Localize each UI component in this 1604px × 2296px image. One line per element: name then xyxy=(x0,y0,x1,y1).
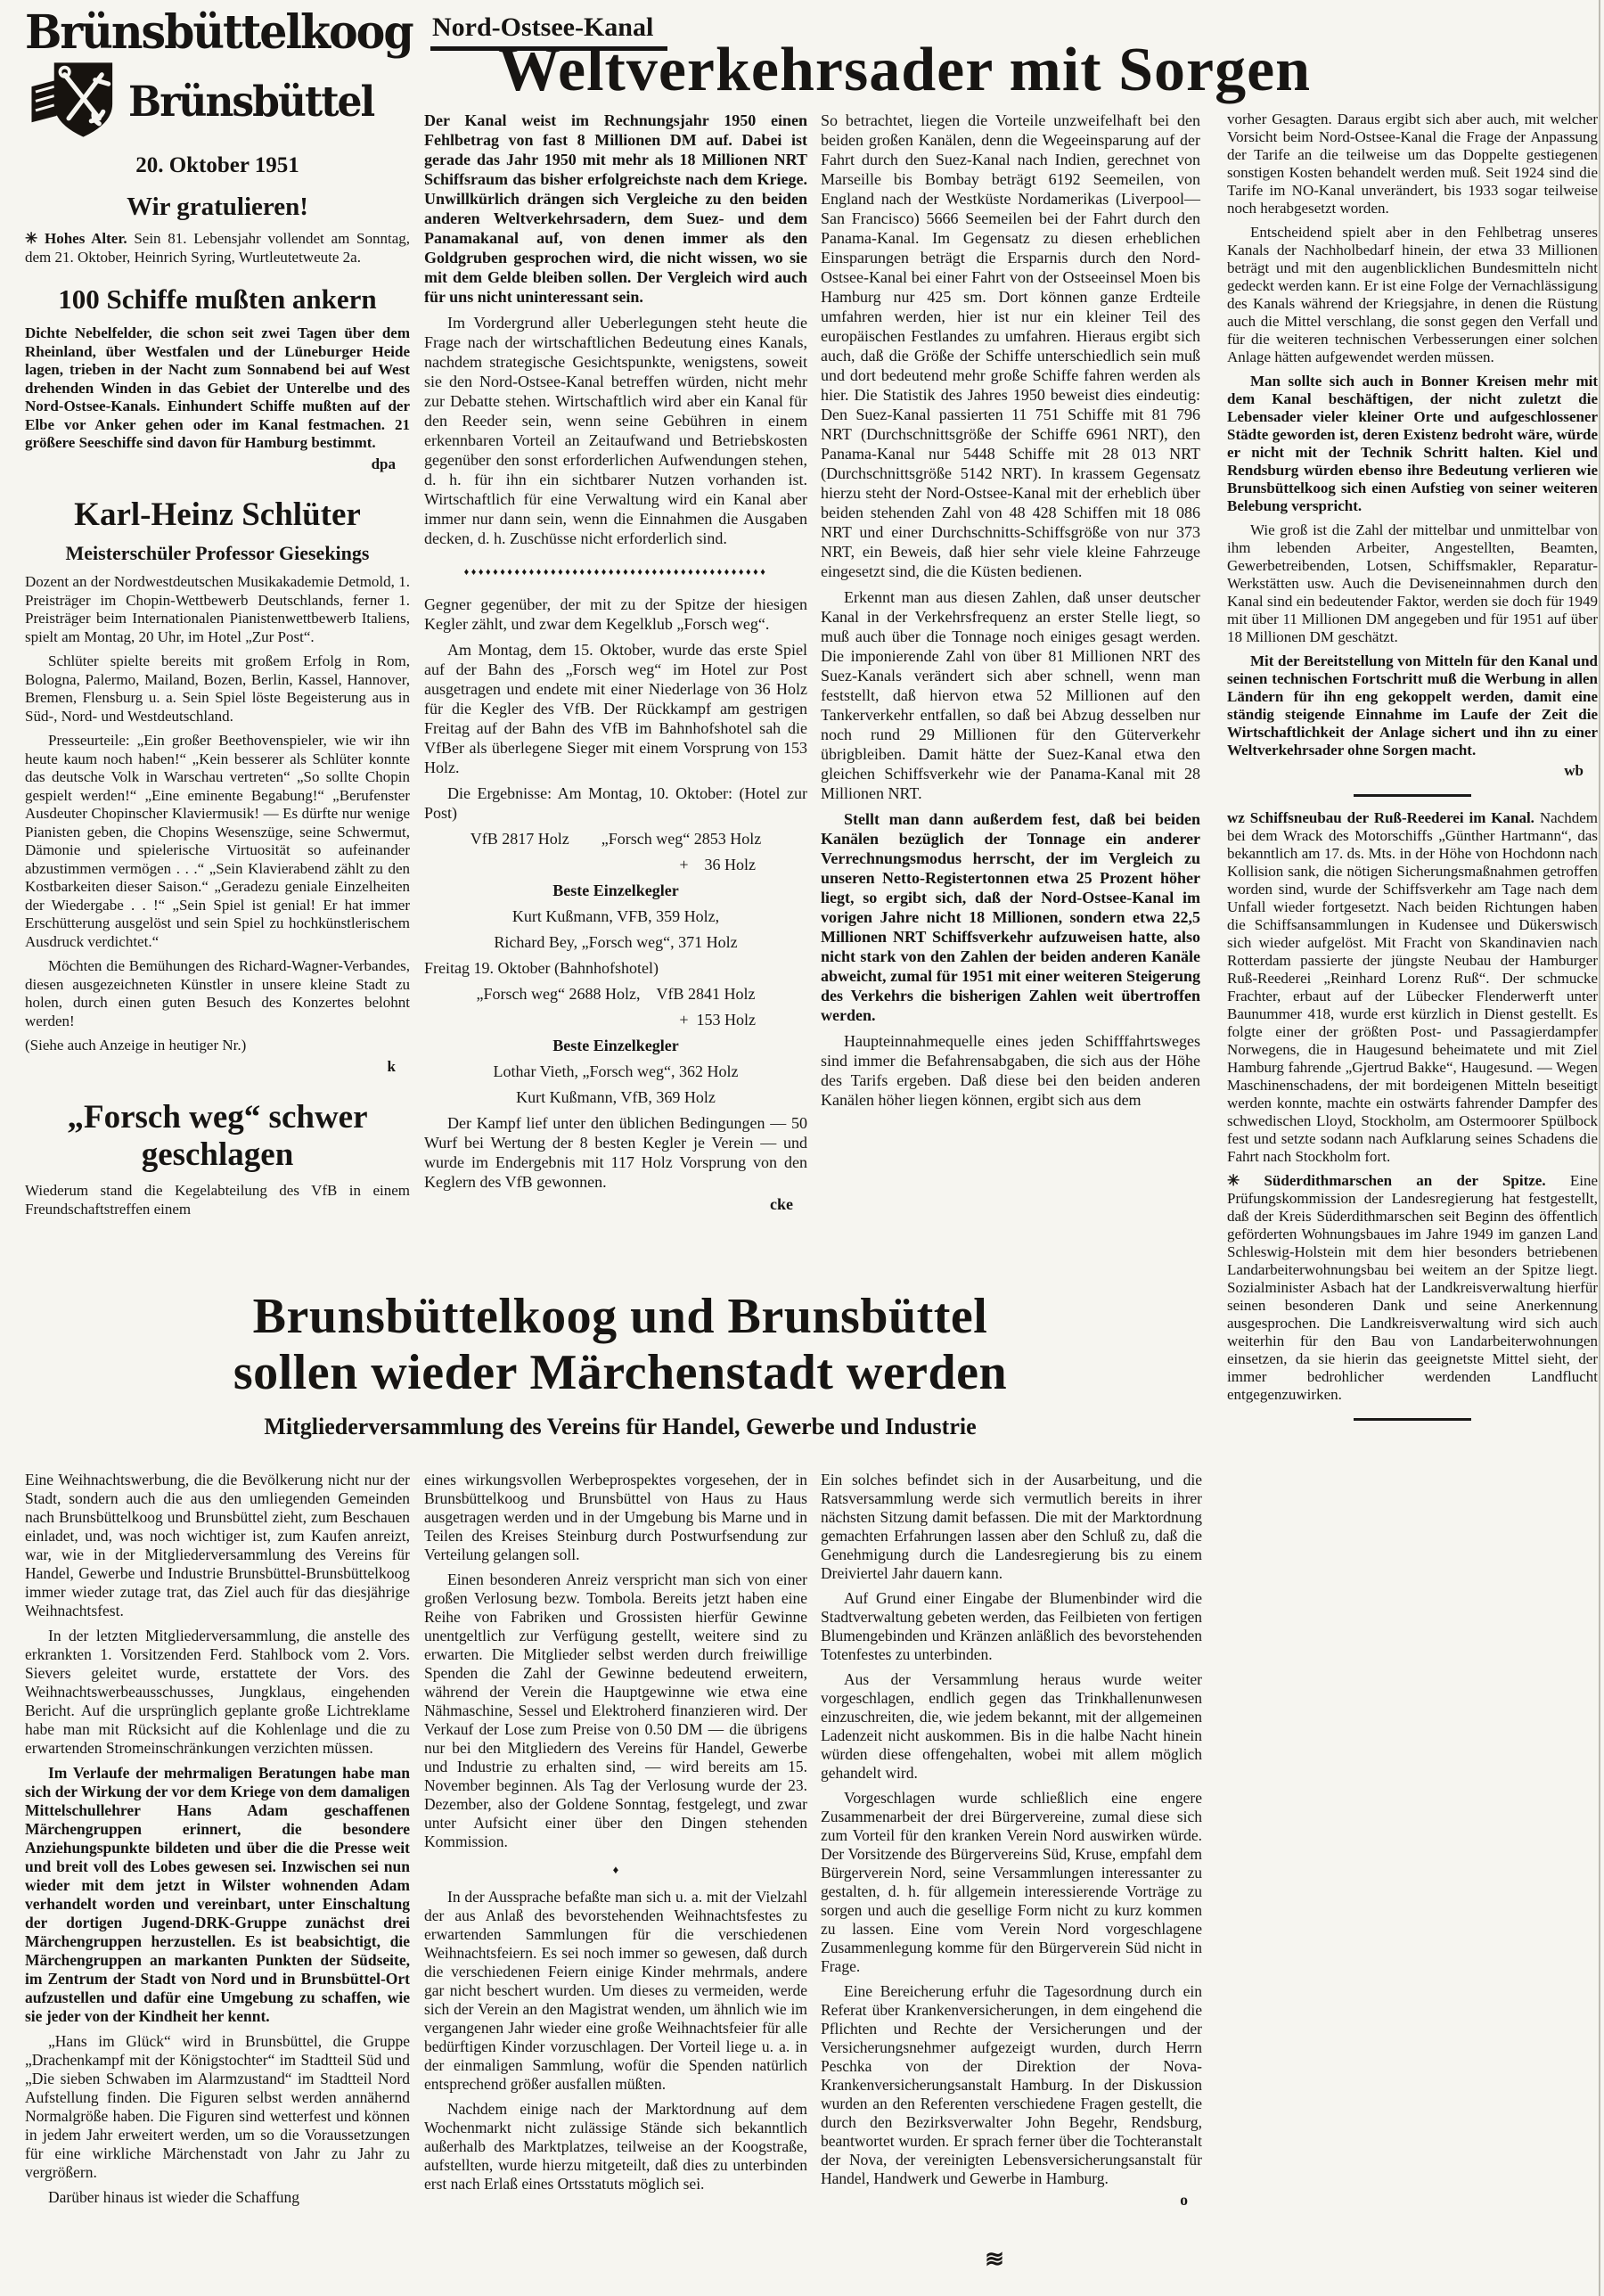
paragraph: Richard Bey, „Forsch weg“, 371 Holz xyxy=(424,932,807,952)
paragraph: Beste Einzelkegler xyxy=(424,881,807,900)
paragraph: In der letzten Mitgliederversammlung, di… xyxy=(25,1627,410,1758)
paragraph: Lothar Vieth, „Forsch weg“, 362 Holz xyxy=(424,1062,807,1081)
paragraph: Meisterschüler Professor Giesekings xyxy=(25,543,410,565)
paragraph: Nachdem einige nach der Marktordnung auf… xyxy=(424,2100,807,2193)
paragraph: Auf Grund einer Eingabe der Blumenbinder… xyxy=(821,1589,1202,1664)
paragraph: o xyxy=(821,2191,1202,2210)
paragraph xyxy=(1354,1418,1471,1421)
paragraph: Karl-Heinz Schlüter xyxy=(25,496,410,533)
paragraph: Gegner gegenüber, der mit zu der Spitze … xyxy=(424,594,807,634)
paragraph: ♦ xyxy=(424,1860,807,1879)
page-edge-line xyxy=(1599,0,1600,2296)
end-ornament: ≋ xyxy=(953,2246,1034,2273)
paragraph: Freitag 19. Oktober (Bahnhofshotel) xyxy=(424,958,807,978)
paragraph: Kurt Kußmann, VFB, 359 Holz, xyxy=(424,906,807,926)
paragraph: Ein solches befindet sich in der Ausarbe… xyxy=(821,1471,1202,1583)
paragraph: Die Ergebnisse: Am Montag, 10. Oktober: … xyxy=(424,783,807,823)
paragraph: Vorgeschlagen wurde schließlich eine eng… xyxy=(821,1789,1202,1976)
paragraph: Presseurteile: „Ein großer Beethovenspie… xyxy=(25,732,410,951)
paragraph: vorher Gesagten. Daraus ergibt sich aber… xyxy=(1227,111,1598,217)
paragraph: Dozent an der Nordwestdeutschen Musikaka… xyxy=(25,573,410,646)
second-headline-line1: Brunsbüttelkoog und Brunsbüttel xyxy=(36,1289,1205,1345)
paragraph: Wie groß ist die Zahl der mittelbar und … xyxy=(1227,521,1598,646)
paragraph: wb xyxy=(1227,762,1598,780)
paragraph: ✳ Hohes Alter. Sein 81. Lebensjahr volle… xyxy=(25,230,410,266)
paragraph: Schlüter spielte bereits mit großem Erfo… xyxy=(25,652,410,726)
paragraph: cke xyxy=(424,1194,807,1214)
paragraph: Am Montag, dem 15. Oktober, wurde das er… xyxy=(424,640,807,777)
paragraph: 100 Schiffe mußten ankern xyxy=(25,284,410,316)
paragraph-lead: wz Schiffsneubau der Ruß-Reederei im Kan… xyxy=(1227,809,1540,826)
paragraph: Wir gratulieren! xyxy=(25,193,410,221)
newspaper-page: Brünsbüttelkoog xyxy=(0,0,1604,2296)
maerchenstadt-column-2: eines wirkungsvollen Werbeprospektes vor… xyxy=(424,1471,807,2200)
anchor-shield-crest-icon xyxy=(30,57,123,148)
paragraph: k xyxy=(25,1058,410,1077)
maerchenstadt-column-1: Eine Weihnachtswerbung, die die Bevölker… xyxy=(25,1471,410,2213)
paragraph: Haupteinnahmequelle eines jeden Schifffa… xyxy=(821,1031,1200,1110)
paragraph: Möchten die Bemühungen des Richard-Wagne… xyxy=(25,957,410,1030)
paragraph: dpa xyxy=(25,455,410,474)
paragraph: eines wirkungsvollen Werbeprospektes vor… xyxy=(424,1471,807,1564)
paragraph: (Siehe auch Anzeige in heutiger Nr.) xyxy=(25,1037,410,1055)
paragraph: Dichte Nebelfelder, die schon seit zwei … xyxy=(25,324,410,453)
paragraph: So betrachtet, liegen die Vorteile unzwe… xyxy=(821,111,1200,581)
masthead-column: Brünsbüttelkoog xyxy=(25,9,410,1225)
paragraph: wz Schiffsneubau der Ruß-Reederei im Kan… xyxy=(1227,809,1598,1166)
second-article-headline-block: Brunsbüttelkoog und Brunsbüttel sollen w… xyxy=(36,1289,1205,1440)
paragraph: Eine Bereicherung erfuhr die Tagesordnun… xyxy=(821,1982,1202,2188)
paragraph: Kurt Kußmann, VfB, 369 Holz xyxy=(424,1087,807,1107)
paragraph: Im Vordergrund aller Ueberlegungen steht… xyxy=(424,313,807,548)
paragraph: Aus der Versammlung heraus wurde weiter … xyxy=(821,1670,1202,1783)
paragraph: Man sollte sich auch in Bonner Kreisen m… xyxy=(1227,373,1598,515)
main-headline: Weltverkehrsader mit Sorgen xyxy=(312,36,1497,105)
paragraph: + 36 Holz xyxy=(424,855,807,874)
paragraph: „Forsch weg“ 2688 Holz, VfB 2841 Holz xyxy=(424,984,807,1004)
paragraph: ✳ Süderdithmarschen an der Spitze. Eine … xyxy=(1227,1172,1598,1404)
paragraph-lead: ✳ Süderdithmarschen an der Spitze. xyxy=(1227,1172,1570,1189)
paragraph: Beste Einzelkegler xyxy=(424,1036,807,1055)
paragraph xyxy=(1354,794,1471,797)
paragraph: „Forsch weg“ schwer geschlagen xyxy=(25,1099,410,1173)
maerchenstadt-column-3: Ein solches befindet sich in der Ausarbe… xyxy=(821,1471,1202,2216)
paragraph: Mit der Bereitstellung von Mitteln für d… xyxy=(1227,652,1598,759)
paragraph: Erkennt man aus diesen Zahlen, daß unser… xyxy=(821,587,1200,803)
second-headline-subhead: Mitgliederversammlung des Vereins für Ha… xyxy=(36,1414,1205,1440)
issue-date: 20. Oktober 1951 xyxy=(25,157,410,176)
local-news-column-body: Wir gratulieren!✳ Hohes Alter. Sein 81. … xyxy=(25,193,410,1218)
paragraph: Darüber hinaus ist wieder die Schaffung xyxy=(25,2188,410,2207)
paragraph: Der Kanal weist im Rechnungsjahr 1950 ei… xyxy=(424,111,807,307)
paragraph: In der Aussprache befaßte man sich u. a.… xyxy=(424,1888,807,2094)
paragraph: Wiederum stand die Kegelabteilung des Vf… xyxy=(25,1182,410,1218)
paragraph: Einen besonderen Anreiz verspricht man s… xyxy=(424,1570,807,1851)
paragraph: „Hans im Glück“ wird in Brunsbüttel, die… xyxy=(25,2032,410,2182)
paragraph: + 153 Holz xyxy=(424,1010,807,1029)
paragraph: Eine Weihnachtswerbung, die die Bevölker… xyxy=(25,1471,410,1620)
canal-article-column-2: So betrachtet, liegen die Vorteile unzwe… xyxy=(821,111,1200,1116)
canal-article-column-1: Der Kanal weist im Rechnungsjahr 1950 ei… xyxy=(424,111,807,1220)
paragraph: VfB 2817 Holz „Forsch weg“ 2853 Holz xyxy=(424,829,807,849)
paragraph: Im Verlaufe der mehrmaligen Beratungen h… xyxy=(25,1764,410,2026)
paragraph-lead: ✳ Hohes Alter. xyxy=(25,230,134,247)
paragraph: Der Kampf lief unter den üblichen Beding… xyxy=(424,1113,807,1192)
paragraph: ♦♦♦♦♦♦♦♦♦♦♦♦♦♦♦♦♦♦♦♦♦♦♦♦♦♦♦♦♦♦♦♦♦♦♦♦♦♦♦♦… xyxy=(424,562,807,582)
paragraph: Entscheidend spielt aber in den Fehlbetr… xyxy=(1227,224,1598,366)
right-column: vorher Gesagten. Daraus ergibt sich aber… xyxy=(1227,111,1598,1433)
second-headline-line2: sollen wieder Märchenstadt werden xyxy=(36,1345,1205,1401)
paragraph: Stellt man dann außerdem fest, daß bei b… xyxy=(821,809,1200,1025)
